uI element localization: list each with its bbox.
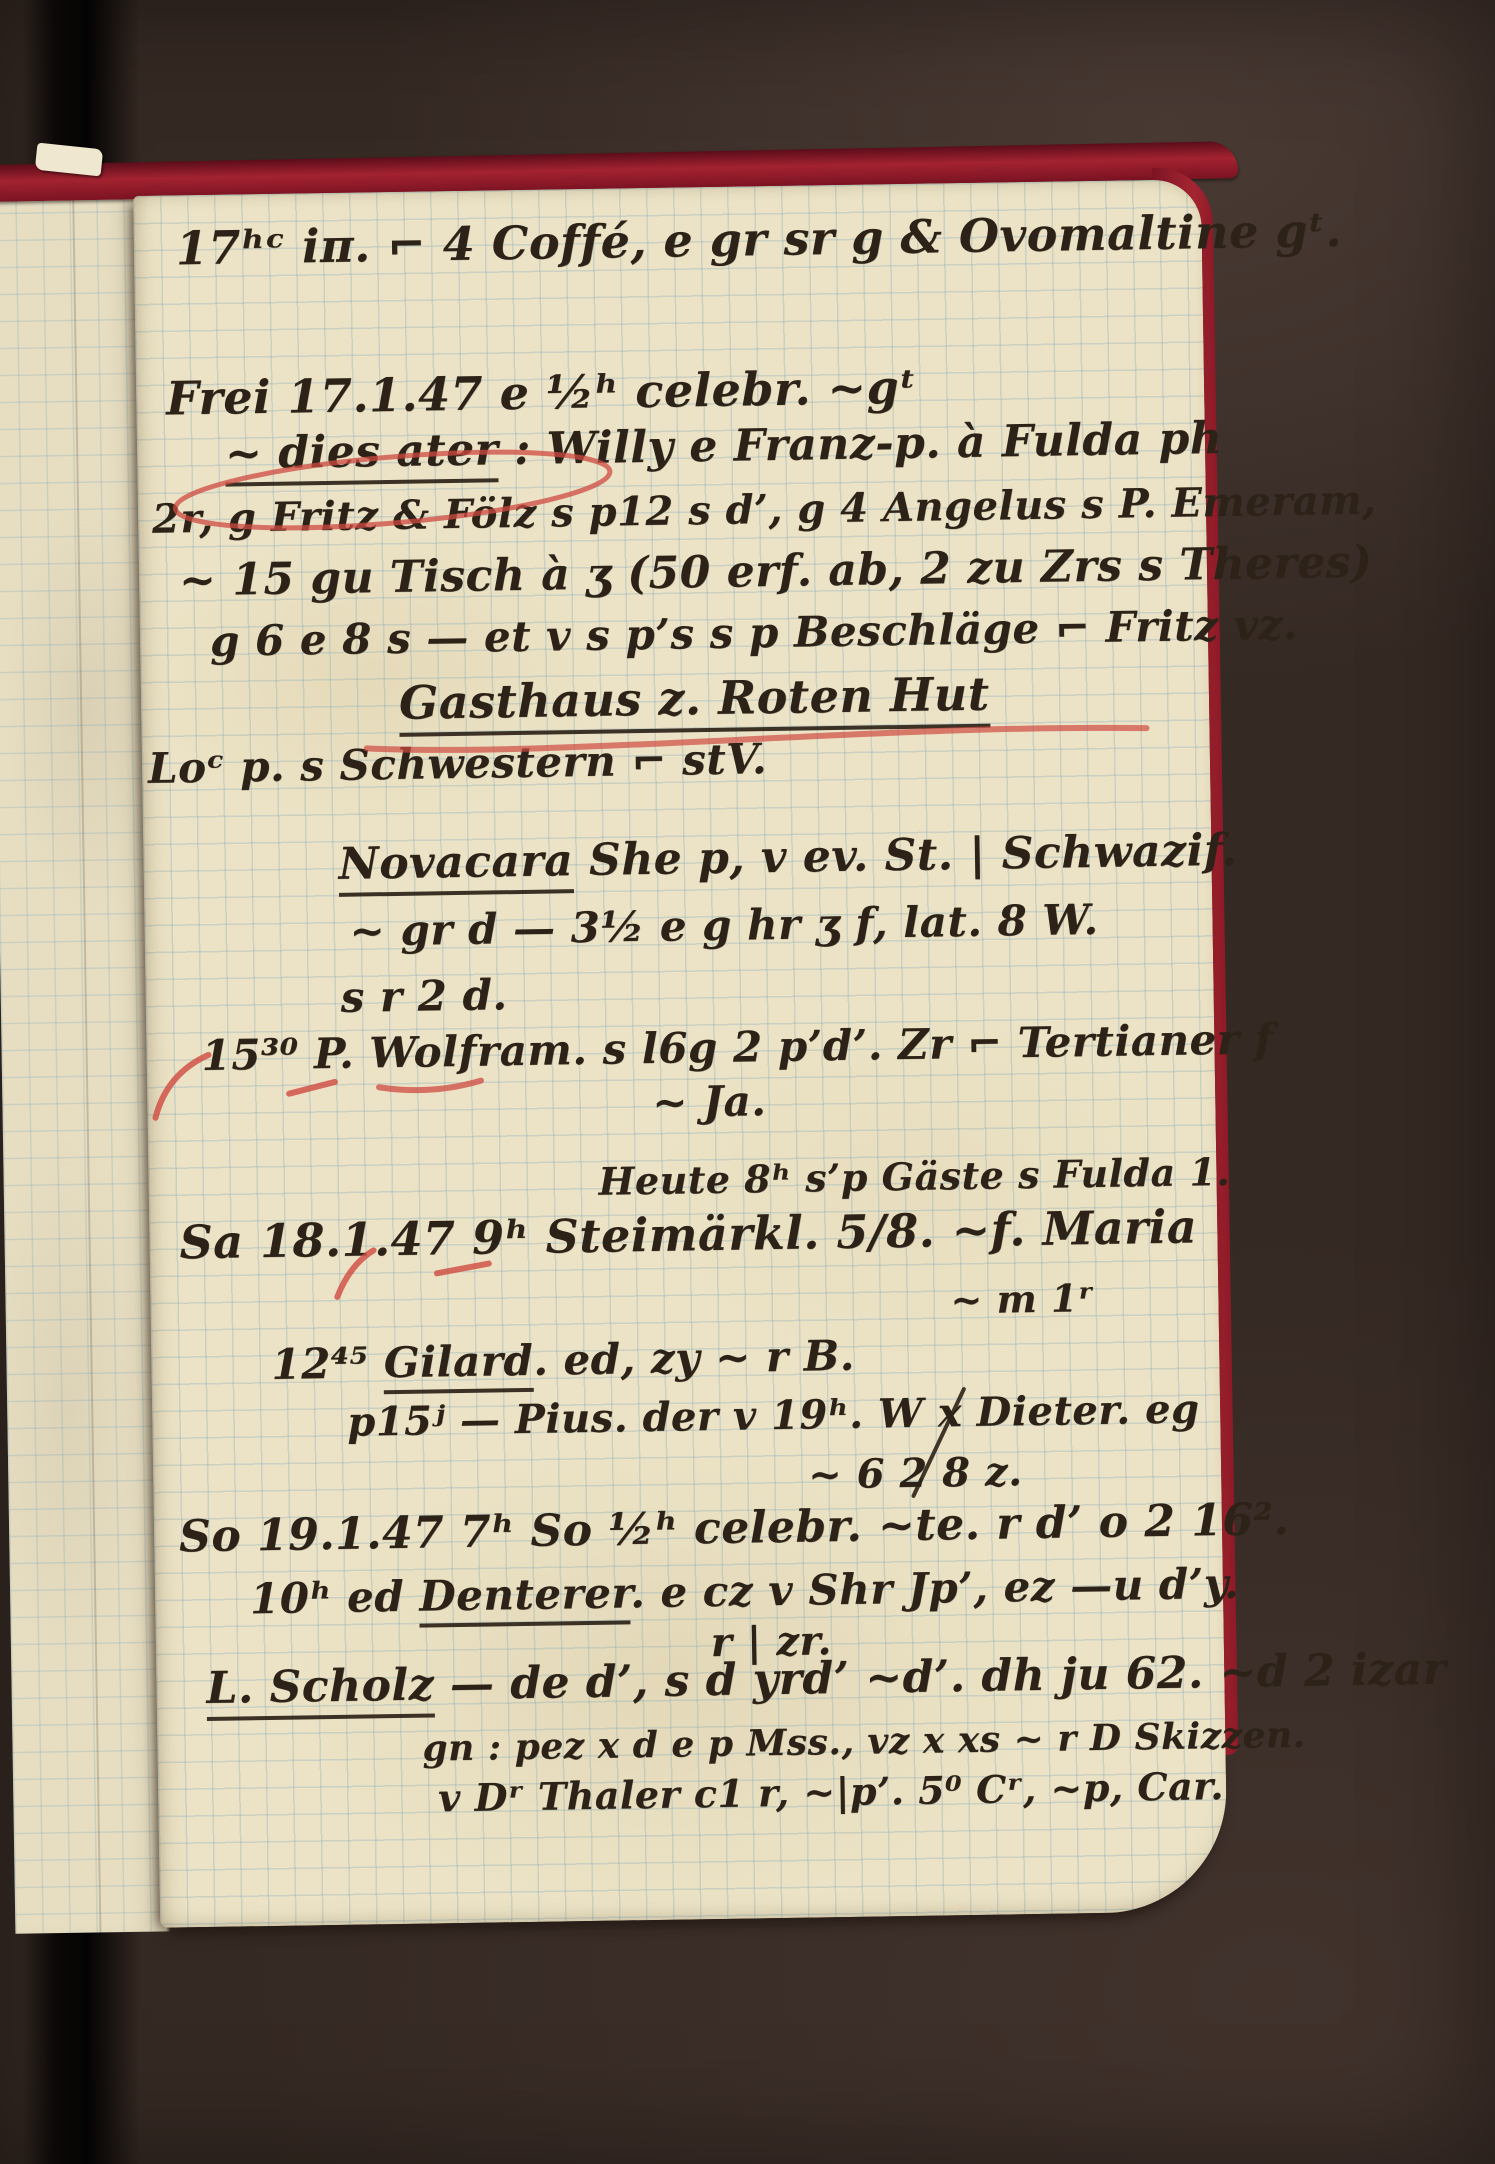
handwriting-line-gilard: 12⁴⁵ Gilard. ed, zy ~ r B. <box>271 1333 855 1388</box>
handwriting-line: 17ʰᶜ iπ. ⌐ 4 Coffé, e gr sr g & Ovomalti… <box>175 205 1342 274</box>
red-dash-under-1530 <box>289 1082 335 1094</box>
handwriting-line: g 6 e 8 s — et v s p’s s p Beschläge ⌐ F… <box>210 602 1299 665</box>
handwriting-line: p15ʲ — Pius. der v 19ʰ. W x Dieter. eg <box>347 1387 1200 1444</box>
handwriting-line: 2r, g Fritz & Fölz s p12 s d’, g 4 Angel… <box>152 479 1377 542</box>
handwriting-line-so-date: So 19.1.47 7ʰ So ½ʰ celebr. ~te. r d’ o … <box>179 1496 1290 1562</box>
handwriting-line-gasthaus-heading: Gasthaus z. Roten Hut <box>399 669 990 729</box>
handwriting-line: v Dʳ Thaler c1 r, ~|p’. 5⁰ Cʳ, ~p, Car. <box>438 1765 1224 1819</box>
diary-page: 17ʰᶜ iπ. ⌐ 4 Coffé, e gr sr g & Ovomalti… <box>133 179 1228 1928</box>
handwriting-line: Loᶜ p. s Schwestern ⌐ stV. <box>148 736 768 792</box>
handwriting-line: ~ 6 2 8 z. <box>808 1450 1023 1497</box>
handwriting-line: s r 2 d. <box>340 972 508 1021</box>
notebook-photo: 17ʰᶜ iπ. ⌐ 4 Coffé, e gr sr g & Ovomalti… <box>0 0 1495 2164</box>
handwriting-line-sa-date: Sa 18.1.47 9ʰ Steimärkl. 5/8. ~f. Maria <box>179 1201 1197 1268</box>
handwriting-line: Frei 17.1.47 e ½ʰ celebr. ~gᵗ <box>166 362 917 424</box>
handwriting-line-wolfram: 15³⁰ P. Wolfram. s l6g 2 p’d’. Zr ⌐ Tert… <box>201 1016 1273 1079</box>
handwriting-line: ~ 15 gu Tisch à ʒ (50 erf. ab, 2 zu Zrs … <box>179 539 1373 606</box>
handwriting-line: Heute 8ʰ s’p Gäste s Fulda 1. <box>598 1151 1230 1203</box>
handwriting-line: ~ gr d — 3½ e g hr ʒ f, lat. 8 W. <box>349 897 1099 955</box>
handwriting-line-dies-ater: ~ dies ater : Willy e Franz-p. à Fulda p… <box>225 415 1223 479</box>
handwriting-line: gn : pez x d e p Mss., vz x xs ~ r D Ski… <box>422 1716 1306 1769</box>
handwriting-line: ~ Ja. <box>652 1078 767 1126</box>
red-underline-under-wolfram <box>379 1081 481 1091</box>
handwriting-line-denterer: 10ʰ ed Denterer. e cz v Shr Jp’, ez —u d… <box>250 1561 1240 1623</box>
handwriting-line-novacara: Novacara She p, v ev. St. | Schwazif. <box>338 827 1238 890</box>
handwriting-line-scholz: L. Scholz — de d’, s d yrd’ ~d’. dh ju 6… <box>206 1646 1447 1714</box>
handwriting-line: ~ m 1ʳ <box>950 1277 1094 1321</box>
